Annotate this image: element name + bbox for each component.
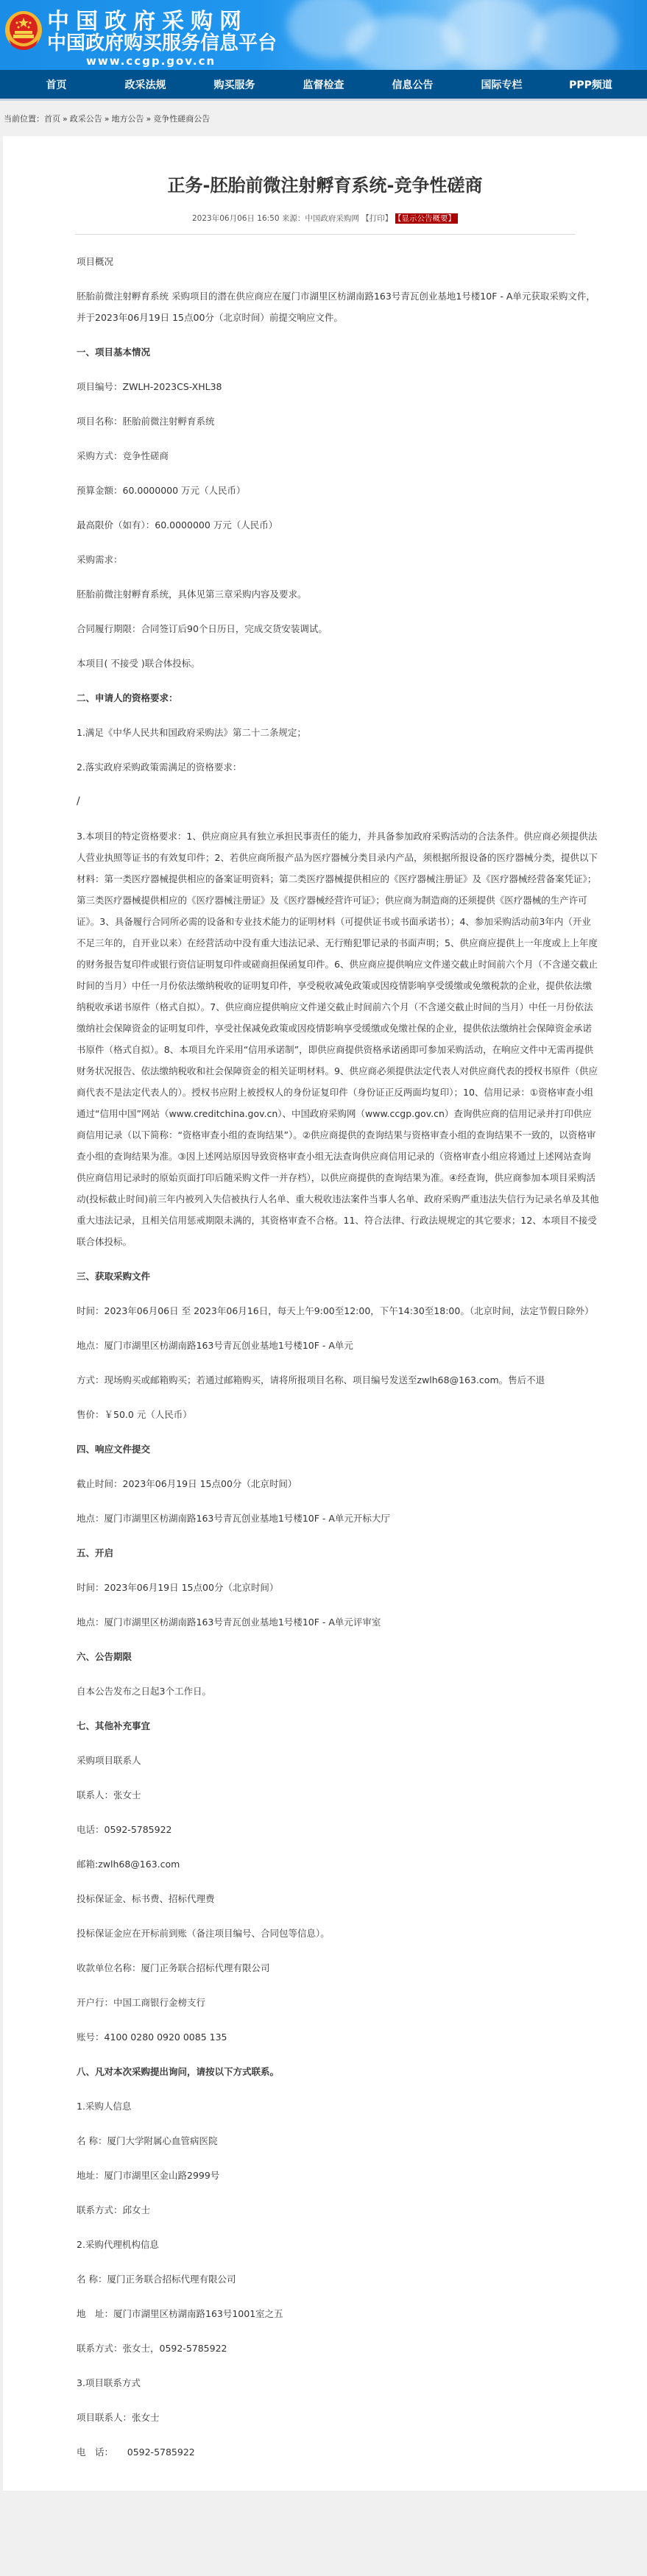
qualification-item: 1.满足《中华人民共和国政府采购法》第二十二条规定； (77, 722, 599, 743)
article-meta: 2023年06月06日 16:50 来源：中国政府采购网 【打印】【显示公告概要… (3, 213, 647, 224)
project-number: 项目编号：ZWLH-2023CS-XHL38 (77, 376, 599, 397)
site-logo[interactable]: 中国政府采购网 中国政府购买服务信息平台 www.ccgp.gov.cn (47, 10, 277, 68)
buyer-address: 地址：厦门市湖里区金山路2999号 (77, 2165, 599, 2186)
project-name: 项目名称：胚胎前微注射孵育系统 (77, 411, 599, 432)
demand-text: 胚胎前微注射孵育系统，具体见第三章采购内容及要求。 (77, 583, 599, 605)
procurement-method: 采购方式：竞争性磋商 (77, 445, 599, 466)
submission-deadline: 截止时间：2023年06月19日 15点00分（北京时间） (77, 1473, 599, 1494)
agency-address: 地 址：厦门市湖里区枋湖南路163号1001室之五 (77, 2303, 599, 2324)
section-heading: 六、公告期限 (77, 1646, 599, 1667)
show-summary-button[interactable]: 【显示公告概要】 (395, 213, 458, 224)
national-emblem-icon (4, 10, 43, 52)
nav-purchase-services[interactable]: 购买服务 (213, 77, 257, 92)
overview-label: 项目概况 (77, 251, 599, 272)
project-contact-title: 3.项目联系方式 (77, 2372, 599, 2394)
opening-place: 地点：厦门市湖里区枋湖南路163号青瓦创业基地1号楼10F - A单元评审室 (77, 1611, 599, 1633)
agency-title: 2.采购代理机构信息 (77, 2234, 599, 2255)
max-price: 最高限价（如有）：60.0000000 万元（人民币） (77, 514, 599, 536)
submission-place: 地点：厦门市湖里区枋湖南路163号青瓦创业基地1号楼10F - A单元开标大厅 (77, 1508, 599, 1529)
consortium-note: 本项目( 不接受 )联合体投标。 (77, 653, 599, 674)
agency-name: 名 称：厦门正务联合招标代理有限公司 (77, 2268, 599, 2290)
nav-home[interactable]: 首页 (35, 77, 79, 92)
cloud-decoration (442, 0, 545, 70)
budget-amount: 预算金额：60.0000000 万元（人民币） (77, 480, 599, 501)
publish-date: 2023年06月06日 16:50 (192, 214, 280, 223)
breadcrumb-separator: » (146, 114, 151, 124)
nav-regulations[interactable]: 政采法规 (124, 77, 168, 92)
nav-announcements[interactable]: 信息公告 (391, 77, 435, 92)
overview-text: 胚胎前微注射孵育系统 采购项目的潜在供应商应在厦门市湖里区枋湖南路163号青瓦创… (77, 285, 599, 328)
qualification-item: 3.本项目的特定资格要求：1、供应商应具有独立承担民事责任的能力，并具备参加政府… (77, 826, 599, 1252)
demand-label: 采购需求： (77, 549, 599, 570)
breadcrumb-separator: » (63, 114, 68, 124)
contract-term: 合同履行期限：合同签订后90个日历日，完成交货安装调试。 (77, 618, 599, 639)
nav-supervision[interactable]: 监督检查 (302, 77, 346, 92)
acquisition-time: 时间：2023年06月06日 至 2023年06月16日，每天上午9:00至12… (77, 1300, 599, 1321)
section-heading: 五、开启 (77, 1542, 599, 1564)
source-label: 来源： (282, 214, 305, 223)
buyer-name: 名 称：厦门大学附属心血管病医院 (77, 2130, 599, 2151)
contact-person: 联系人：张女士 (77, 1784, 599, 1806)
account-number: 账号：4100 0280 0920 0085 135 (77, 2026, 599, 2048)
deposit-note: 投标保证金应在开标前到账（备注项目编号、合同包等信息）。 (77, 1923, 599, 1944)
opening-time: 时间：2023年06月19日 15点00分（北京时间） (77, 1577, 599, 1598)
source-name: 中国政府采购网 (305, 214, 359, 223)
agency-contact: 联系方式：张女士，0592-5785922 (77, 2338, 599, 2359)
contact-email: 邮箱:zwlh68@163.com (77, 1853, 599, 1875)
project-contact-phone: 电 话： 0592-5785922 (77, 2441, 599, 2463)
section-heading: 三、获取采购文件 (77, 1266, 599, 1287)
project-contact-person: 项目联系人：张女士 (77, 2407, 599, 2428)
section-heading: 一、项目基本情况 (77, 341, 599, 363)
nav-international[interactable]: 国际专栏 (480, 77, 524, 92)
contact-phone: 电话：0592-5785922 (77, 1819, 599, 1840)
qualification-item: 2.落实政府采购政策需满足的资格要求： (77, 756, 599, 778)
logo-title: 中国政府采购网 (47, 10, 277, 34)
payee-name: 收款单位名称：厦门正务联合招标代理有限公司 (77, 1957, 599, 1979)
article-body: 项目概况 胚胎前微注射孵育系统 采购项目的潜在供应商应在厦门市湖里区枋湖南路16… (3, 235, 599, 2463)
document-price: 售价：￥50.0 元（人民币） (77, 1404, 599, 1425)
main-nav: 首页 政采法规 购买服务 监督检查 信息公告 国际专栏 PPP频道 (0, 70, 647, 101)
buyer-title: 1.采购人信息 (77, 2096, 599, 2117)
logo-url: www.ccgp.gov.cn (86, 54, 277, 68)
breadcrumb-current[interactable]: 竞争性磋商公告 (153, 113, 210, 124)
bank-name: 开户行：中国工商银行金榜支行 (77, 1992, 599, 2013)
site-banner: 中国政府采购网 中国政府购买服务信息平台 www.ccgp.gov.cn (0, 0, 647, 70)
section-heading: 八、凡对本次采购提出询问，请按以下方式联系。 (77, 2061, 599, 2082)
logo-subtitle: 中国政府购买服务信息平台 (47, 32, 277, 54)
announcement-period: 自本公告发布之日起3个工作日。 (77, 1681, 599, 1702)
cloud-decoration (530, 7, 618, 70)
breadcrumb-home[interactable]: 首页 (44, 113, 60, 124)
section-heading: 七、其他补充事宜 (77, 1715, 599, 1736)
breadcrumb-label: 当前位置： (4, 113, 44, 124)
breadcrumb-announcements[interactable]: 政采公告 (70, 113, 102, 124)
fees-note: 投标保证金、标书费、招标代理费 (77, 1888, 599, 1909)
section-heading: 二、申请人的资格要求： (77, 687, 599, 709)
nav-ppp[interactable]: PPP频道 (569, 77, 613, 92)
qualification-value: / (77, 791, 599, 812)
article-container: 正务-胚胎前微注射孵育系统-竞争性磋商 2023年06月06日 16:50 来源… (3, 136, 647, 2491)
acquisition-method: 方式：现场购买或邮箱购买；若通过邮箱购买，请将所报项目名称、项目编号发送至zwl… (77, 1369, 599, 1391)
print-link[interactable]: 【打印】 (361, 214, 392, 223)
section-heading: 四、响应文件提交 (77, 1438, 599, 1460)
acquisition-place: 地点：厦门市湖里区枋湖南路163号青瓦创业基地1号楼10F - A单元 (77, 1335, 599, 1356)
breadcrumb-local[interactable]: 地方公告 (111, 113, 144, 124)
buyer-contact: 联系方式：邱女士 (77, 2199, 599, 2221)
contact-title: 采购项目联系人 (77, 1750, 599, 1771)
breadcrumb-separator: » (105, 114, 110, 124)
page-title: 正务-胚胎前微注射孵育系统-竞争性磋商 (3, 136, 647, 198)
breadcrumb: 当前位置： 首页 » 政采公告 » 地方公告 » 竞争性磋商公告 (0, 101, 647, 136)
